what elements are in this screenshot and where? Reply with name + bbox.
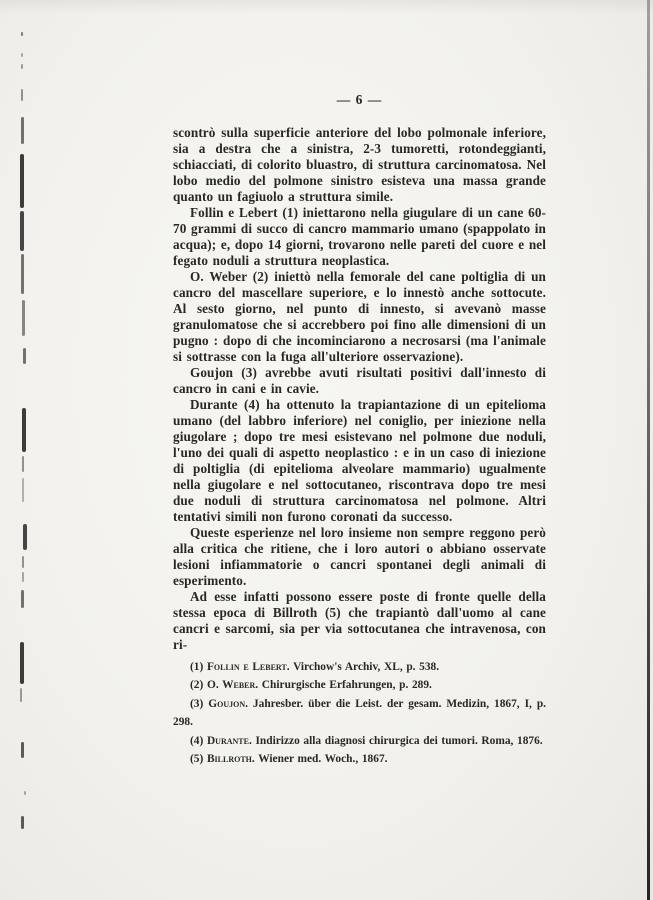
footnote-text: Indirizzo alla diagnosi chirurgica dei t… [255,735,542,747]
paragraph: Follin e Lebert (1) iniettarono nella gi… [173,205,546,269]
binding-mark [20,211,24,251]
paragraph: O. Weber (2) iniettò nella femorale del … [173,269,546,365]
binding-mark [21,590,24,608]
binding-mark [23,348,26,364]
binding-mark [22,556,24,568]
page-number: — 6 — [173,92,546,108]
binding-mark [23,524,27,550]
body-text-block: scontrò sulla superficie anteriore del l… [173,125,546,653]
binding-mark [22,456,24,472]
paragraph: Queste esperienze nel loro insieme non s… [173,525,546,589]
binding-mark [21,816,24,829]
binding-mark [21,53,23,57]
footnote: (1) Follin e Lebert. Virchow's Archiv, X… [173,658,546,676]
footnote-author: Billroth. [207,753,255,765]
binding-mark [22,478,24,502]
footnote: (4) Durante. Indirizzo alla diagnosi chi… [173,732,546,750]
footnote-number: (5) [190,753,203,765]
binding-mark [21,64,23,69]
footnote-number: (3) [190,698,203,710]
binding-mark [21,117,24,144]
footnote-text: Virchow's Archiv, XL, p. 538. [293,661,439,673]
paragraph: Durante (4) ha ottenuto la trapiantazion… [173,397,546,525]
footnote-number: (1) [190,661,203,673]
paragraph: Goujon (3) avrebbe avuti risultati posit… [173,365,546,397]
footnote-text: Chirurgische Erfahrungen, p. 289. [262,679,432,691]
binding-mark [24,791,26,795]
scan-edge-line [647,0,650,900]
footnote-author: O. Weber. [207,679,258,691]
footnote: (3) Goujon. Jahresber. über die Leist. d… [173,695,546,732]
footnote: (2) O. Weber. Chirurgische Erfahrungen, … [173,676,546,694]
footnote-text: Wiener med. Woch., 1867. [258,753,387,765]
footnote-author: Follin e Lebert. [207,661,290,673]
paragraph: Ad esse infatti possono essere poste di … [173,589,546,653]
binding-mark [21,254,24,294]
footnote-author: Goujon. [208,698,248,710]
footnote-number: (2) [190,679,203,691]
binding-mark [22,300,25,336]
footnote-author: Durante. [207,735,252,747]
footnote: (5) Billroth. Wiener med. Woch., 1867. [173,750,546,768]
scanned-book-page: — 6 — scontrò sulla superficie anteriore… [0,0,653,900]
binding-mark [20,688,22,702]
binding-mark [22,572,24,582]
binding-mark [21,89,23,101]
binding-mark [22,408,26,452]
paragraph: scontrò sulla superficie anteriore del l… [173,125,546,205]
binding-mark [21,32,23,36]
binding-mark [21,742,24,758]
binding-mark [20,154,24,208]
footnotes-block: (1) Follin e Lebert. Virchow's Archiv, X… [173,658,546,768]
binding-mark [20,642,24,684]
footnote-number: (4) [190,735,203,747]
